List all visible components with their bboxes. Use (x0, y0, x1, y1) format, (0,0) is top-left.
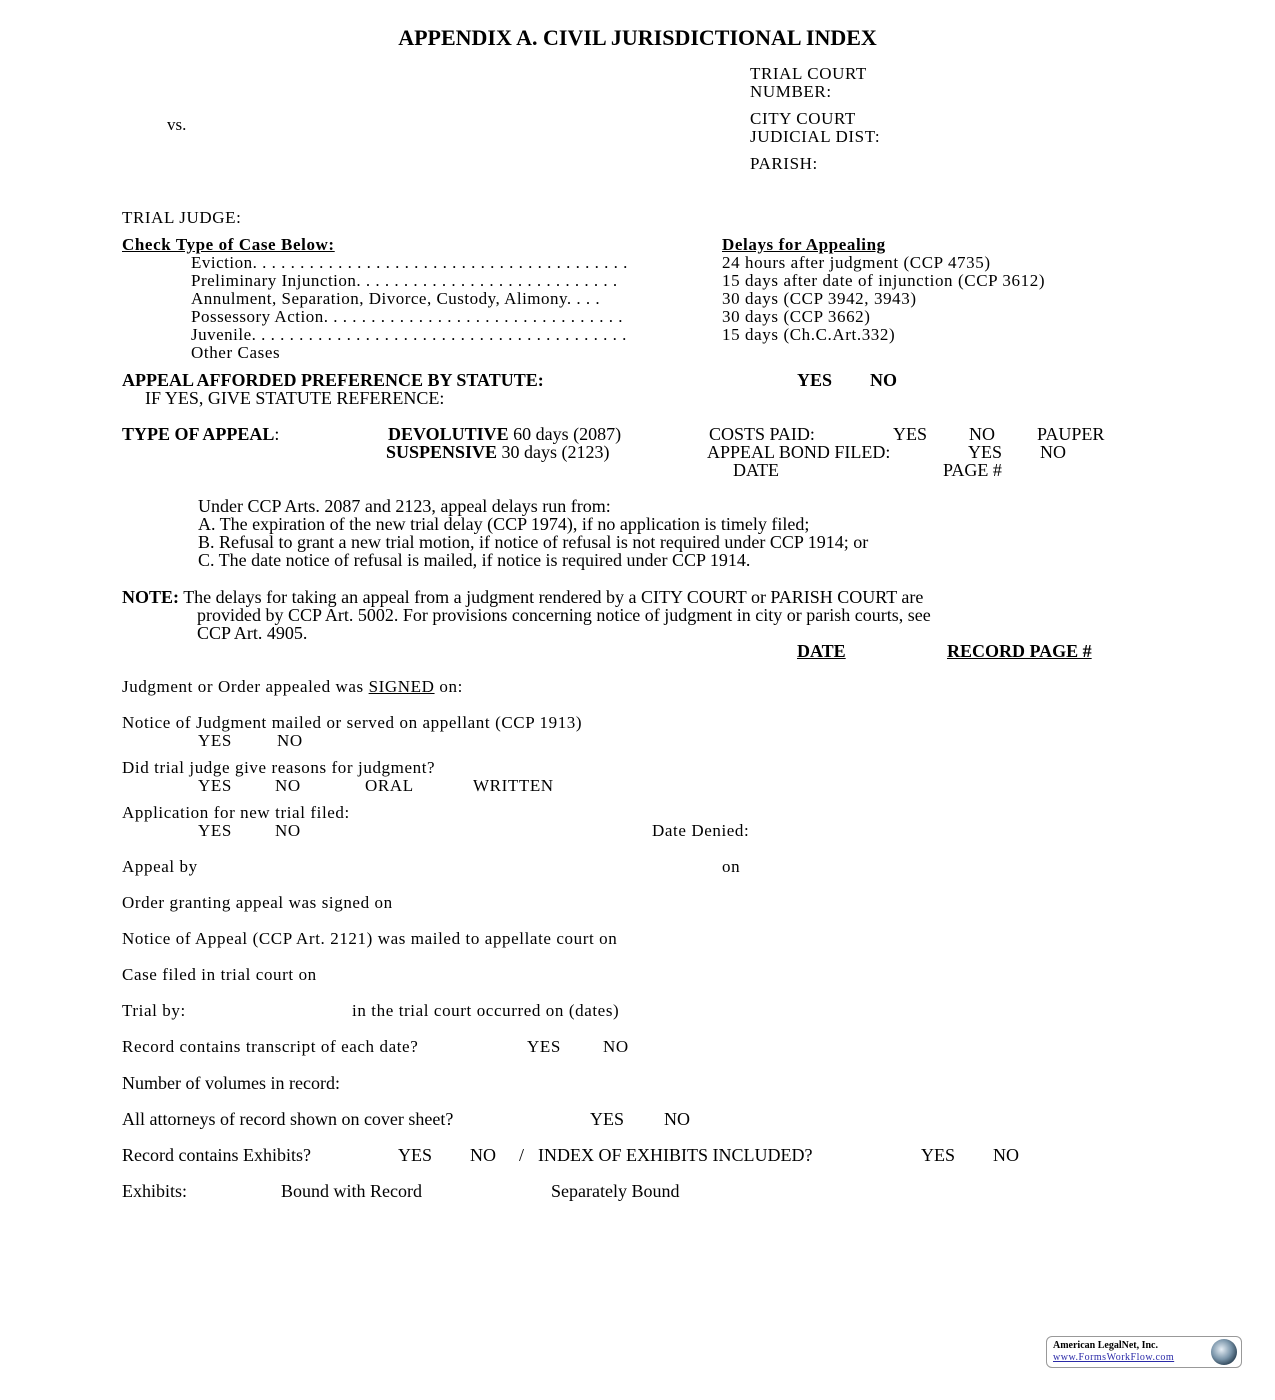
case-type-possessory: Possessory Action. . . . . . . . . . . .… (191, 307, 623, 327)
date-denied-label: Date Denied: (652, 821, 749, 841)
trial-court-label-2: NUMBER: (750, 82, 832, 102)
index-exhibits-label: INDEX OF EXHIBITS INCLUDED? (538, 1145, 812, 1166)
signed-on-label: Judgment or Order appealed was SIGNED on… (122, 677, 463, 697)
index-exhibits-no[interactable]: NO (993, 1145, 1019, 1166)
delay-injunction: 15 days after date of injunction (CCP 36… (722, 271, 1045, 291)
attorneys-yes[interactable]: YES (590, 1109, 624, 1130)
statute-reference-label: IF YES, GIVE STATUTE REFERENCE: (145, 388, 444, 409)
trial-by-label: Trial by: (122, 1001, 186, 1021)
new-trial-yes[interactable]: YES (198, 821, 232, 841)
reasons-oral[interactable]: ORAL (365, 776, 414, 796)
new-trial-label: Application for new trial filed: (122, 803, 350, 823)
delay-annulment: 30 days (CCP 3942, 3943) (722, 289, 917, 309)
notice-appeal-label: Notice of Appeal (CCP Art. 2121) was mai… (122, 929, 617, 949)
case-type-heading: Check Type of Case Below: (122, 235, 335, 255)
footer-company: American LegalNet, Inc. (1053, 1340, 1158, 1351)
globe-logo-icon (1211, 1339, 1237, 1365)
parish-label: PARISH: (750, 154, 818, 174)
transcript-no[interactable]: NO (603, 1037, 629, 1057)
bond-date-label: DATE (733, 460, 779, 481)
reasons-no[interactable]: NO (275, 776, 301, 796)
case-type-annulment: Annulment, Separation, Divorce, Custody,… (191, 289, 600, 309)
attorneys-no[interactable]: NO (664, 1109, 690, 1130)
attorneys-label: All attorneys of record shown on cover s… (122, 1109, 453, 1130)
preference-no[interactable]: NO (870, 370, 897, 391)
transcript-label: Record contains transcript of each date? (122, 1037, 418, 1057)
vs-label: vs. (167, 115, 186, 135)
preference-yes[interactable]: YES (797, 370, 832, 391)
new-trial-no[interactable]: NO (275, 821, 301, 841)
case-filed-label: Case filed in trial court on (122, 965, 317, 985)
volumes-label: Number of volumes in record: (122, 1073, 340, 1094)
appeal-on-label: on (722, 857, 740, 877)
delays-run-item-c: C. The date notice of refusal is mailed,… (198, 550, 750, 571)
suspensive-option[interactable]: SUSPENSIVE 30 days (2123) (386, 442, 610, 463)
order-granting-label: Order granting appeal was signed on (122, 893, 393, 913)
date-column-header: DATE (797, 641, 846, 662)
page-title: APPENDIX A. CIVIL JURISDICTIONAL INDEX (0, 25, 1275, 51)
case-type-other: Other Cases (191, 343, 280, 363)
footer-url-link[interactable]: www.FormsWorkFlow.com (1053, 1352, 1174, 1363)
delays-heading: Delays for Appealing (722, 235, 886, 255)
notice-judgment-label: Notice of Judgment mailed or served on a… (122, 713, 582, 733)
exhibits-label: Exhibits: (122, 1181, 187, 1202)
delay-possessory: 30 days (CCP 3662) (722, 307, 871, 327)
exhibits-bound-with-record[interactable]: Bound with Record (281, 1181, 422, 1202)
trial-court-label-1: TRIAL COURT (750, 64, 867, 84)
record-page-column-header: RECORD PAGE # (947, 641, 1092, 662)
exhibits-yes[interactable]: YES (398, 1145, 432, 1166)
city-court-label-1: CITY COURT (750, 109, 856, 129)
exhibits-slash: / (519, 1145, 524, 1166)
notice-judgment-yes[interactable]: YES (198, 731, 232, 751)
costs-yes[interactable]: YES (893, 424, 927, 445)
delay-juvenile: 15 days (Ch.C.Art.332) (722, 325, 895, 345)
case-type-juvenile: Juvenile. . . . . . . . . . . . . . . . … (191, 325, 627, 345)
reasons-yes[interactable]: YES (198, 776, 232, 796)
type-of-appeal-label: TYPE OF APPEAL: (122, 424, 279, 445)
note-line-3: CCP Art. 4905. (197, 623, 307, 644)
trial-judge-label: TRIAL JUDGE: (122, 208, 241, 228)
case-type-injunction: Preliminary Injunction. . . . . . . . . … (191, 271, 618, 291)
exhibits-separately-bound[interactable]: Separately Bound (551, 1181, 679, 1202)
transcript-yes[interactable]: YES (527, 1037, 561, 1057)
bond-no[interactable]: NO (1040, 442, 1066, 463)
exhibits-question-label: Record contains Exhibits? (122, 1145, 311, 1166)
bond-page-label: PAGE # (943, 460, 1002, 481)
footer-badge: American LegalNet, Inc. www.FormsWorkFlo… (1046, 1336, 1242, 1368)
exhibits-no[interactable]: NO (470, 1145, 496, 1166)
delay-eviction: 24 hours after judgment (CCP 4735) (722, 253, 991, 273)
city-court-label-2: JUDICIAL DIST: (750, 127, 880, 147)
appeal-by-label: Appeal by (122, 857, 198, 877)
reasons-label: Did trial judge give reasons for judgmen… (122, 758, 435, 778)
index-exhibits-yes[interactable]: YES (921, 1145, 955, 1166)
trial-occurred-label: in the trial court occurred on (dates) (352, 1001, 619, 1021)
notice-judgment-no[interactable]: NO (277, 731, 303, 751)
case-type-eviction: Eviction. . . . . . . . . . . . . . . . … (191, 253, 628, 273)
reasons-written[interactable]: WRITTEN (473, 776, 554, 796)
